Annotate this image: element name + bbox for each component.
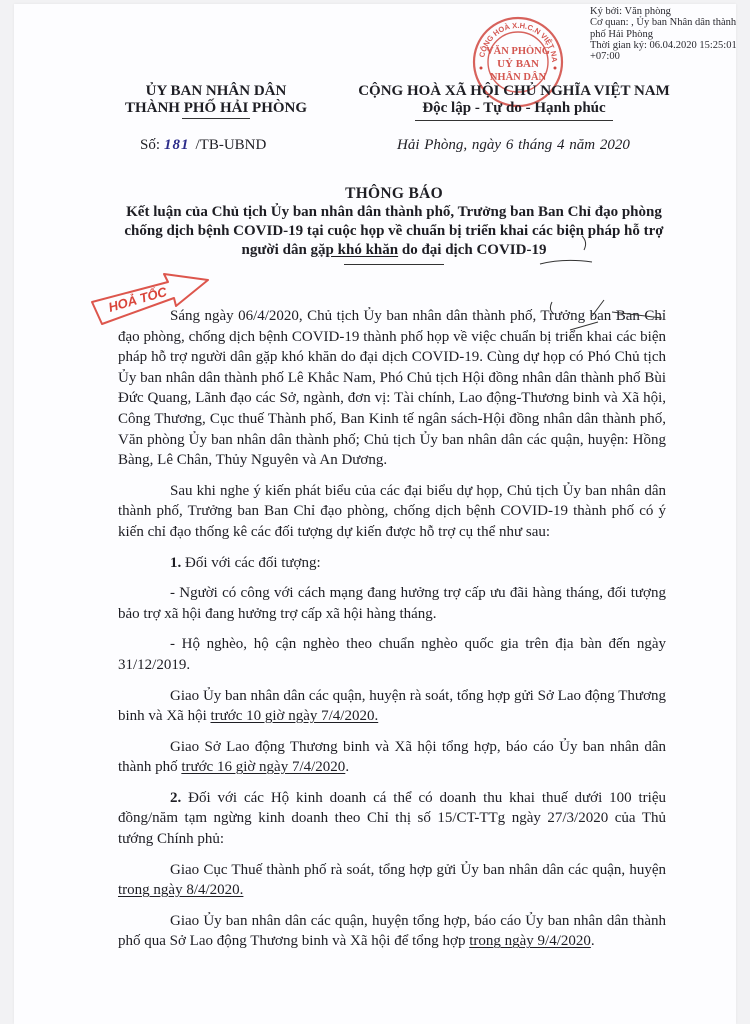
deadline: trong ngày 8/4/2020. bbox=[118, 882, 243, 898]
assignment-item: Giao Ủy ban nhân dân các quận, huyện rà … bbox=[118, 686, 666, 727]
assignment-item: Giao Sở Lao động Thương binh và Xã hội t… bbox=[118, 737, 666, 778]
document-title: THÔNG BÁO Kết luận của Chủ tịch Ủy ban n… bbox=[114, 184, 674, 265]
section-2-heading: 2. Đối với các Hộ kinh doanh cá thể có d… bbox=[118, 788, 666, 850]
deadline: trong ngày 9/4/2020 bbox=[469, 933, 591, 949]
motto-divider bbox=[415, 120, 613, 121]
punctuation: . bbox=[591, 933, 595, 949]
assignment-text: Giao Cục Thuế thành phố rà soát, tổng hợ… bbox=[170, 862, 666, 878]
subtitle-underlined: gặp khó khăn bbox=[311, 242, 399, 258]
deadline: trước 16 giờ ngày 7/4/2020 bbox=[181, 759, 345, 775]
signing-time: Thời gian ký: 06.04.2020 15:25:01 +07:00 bbox=[590, 40, 736, 63]
digital-signature-block: Ký bởi: Văn phòng Cơ quan: , Ủy ban Nhân… bbox=[590, 6, 736, 62]
bullet-item: - Hộ nghèo, hộ cận nghèo theo chuẩn nghè… bbox=[118, 634, 666, 675]
svg-text:NHÂN DÂN: NHÂN DÂN bbox=[490, 71, 547, 83]
national-header: CỘNG HOÀ XÃ HỘI CHỦ NGHĨA VIỆT NAM Độc l… bbox=[344, 83, 684, 121]
svg-text:UỶ BAN: UỶ BAN bbox=[497, 58, 539, 70]
authority-line1: ỦY BAN NHÂN DÂN bbox=[112, 83, 320, 100]
paragraph-directive: Sau khi nghe ý kiến phát biểu của các đạ… bbox=[118, 481, 666, 543]
issuing-authority: ỦY BAN NHÂN DÂN THÀNH PHỐ HẢI PHÒNG bbox=[112, 83, 320, 119]
title-divider bbox=[344, 264, 444, 265]
document-page: Ký bởi: Văn phòng Cơ quan: , Ủy ban Nhân… bbox=[14, 4, 736, 1019]
number-suffix: /TB-UBND bbox=[196, 137, 267, 153]
section-1-title: Đối với các đối tượng: bbox=[181, 555, 320, 571]
number-value: 181 bbox=[164, 137, 190, 153]
bullet-item: - Người có công với cách mạng đang hưởng… bbox=[118, 583, 666, 624]
national-motto: Độc lập - Tự do - Hạnh phúc bbox=[344, 100, 684, 117]
document-body: Sáng ngày 06/4/2020, Chủ tịch Ủy ban nhâ… bbox=[118, 306, 666, 962]
section-2-text: Đối với các Hộ kinh doanh cá thể có doan… bbox=[118, 790, 666, 847]
section-2-number: 2. bbox=[170, 790, 181, 806]
signing-agency: Cơ quan: , Ủy ban Nhân dân thành phố Hải… bbox=[590, 17, 736, 40]
punctuation: . bbox=[345, 759, 349, 775]
title-subtitle: Kết luận của Chủ tịch Ủy ban nhân dân th… bbox=[114, 203, 674, 260]
section-1-heading: 1. Đối với các đối tượng: bbox=[118, 553, 666, 574]
assignment-item: Giao Cục Thuế thành phố rà soát, tổng hợ… bbox=[118, 860, 666, 901]
paragraph-meeting-summary: Sáng ngày 06/4/2020, Chủ tịch Ủy ban nhâ… bbox=[118, 306, 666, 471]
svg-text:VĂN PHÒNG: VĂN PHÒNG bbox=[486, 45, 550, 57]
assignment-text: Giao Ủy ban nhân dân các quận, huyện rà … bbox=[118, 688, 666, 725]
assignment-item: Giao Ủy ban nhân dân các quận, huyện tổn… bbox=[118, 911, 666, 952]
subtitle-text-end: do đại dịch COVID-19 bbox=[398, 242, 546, 258]
signed-by: Ký bởi: Văn phòng bbox=[590, 6, 736, 17]
document-number: Số:181/TB-UBND bbox=[140, 137, 266, 154]
country-name: CỘNG HOÀ XÃ HỘI CHỦ NGHĨA VIỆT NAM bbox=[344, 83, 684, 100]
deadline: trước 10 giờ ngày 7/4/2020. bbox=[210, 708, 378, 724]
section-1-number: 1. bbox=[170, 555, 181, 571]
number-label: Số: bbox=[140, 137, 160, 153]
title-heading: THÔNG BÁO bbox=[114, 184, 674, 203]
place-and-date: Hải Phòng, ngày 6 tháng 4 năm 2020 bbox=[397, 137, 630, 154]
authority-divider bbox=[182, 118, 250, 119]
authority-line2: THÀNH PHỐ HẢI PHÒNG bbox=[112, 100, 320, 117]
